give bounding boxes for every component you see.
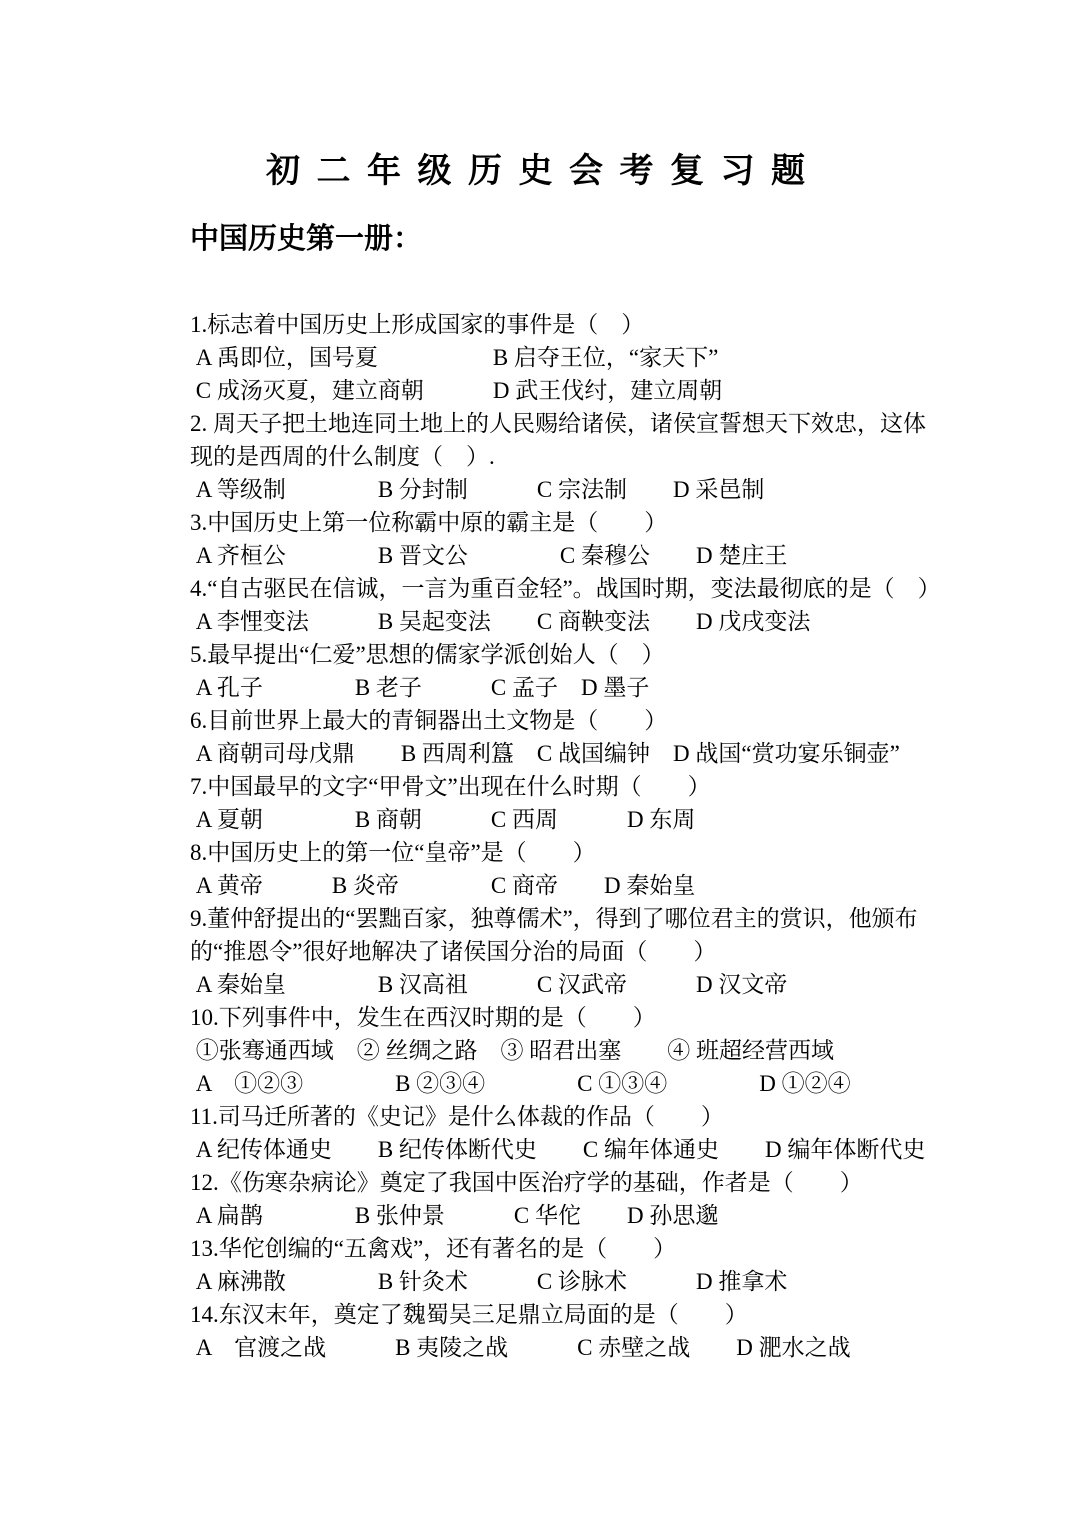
question-stem-line: 1.标志着中国历史上形成国家的事件是（ ） — [190, 308, 935, 341]
question-stem-line: 4.“自古驱民在信诚，一言为重百金轻”。战国时期，变法最彻底的是（ ） — [190, 572, 935, 605]
question-stem-line: 3.中国历史上第一位称霸中原的霸主是（ ） — [190, 506, 935, 539]
question-stem-line: 8.中国历史上的第一位“皇帝”是（ ） — [190, 836, 935, 869]
question-options-line: A 等级制 B 分封制 C 宗法制 D 采邑制 — [190, 473, 935, 506]
question-stem-line: 6.目前世界上最大的青铜器出土文物是（ ） — [190, 704, 935, 737]
question-items-line: ①张骞通西域 ② 丝绸之路 ③ 昭君出塞 ④ 班超经营西域 — [190, 1034, 935, 1067]
question-block: 4.“自古驱民在信诚，一言为重百金轻”。战国时期，变法最彻底的是（ ） A 李悝… — [190, 572, 935, 638]
question-block: 14.东汉末年，奠定了魏蜀吴三足鼎立局面的是（ ） A 官渡之战 B 夷陵之战 … — [190, 1298, 935, 1364]
question-block: 1.标志着中国历史上形成国家的事件是（ ） A 禹即位，国号夏 B 启夺王位，“… — [190, 308, 935, 407]
question-block: 11.司马迁所著的《史记》是什么体裁的作品（ ） A 纪传体通史 B 纪传体断代… — [190, 1100, 935, 1166]
question-stem-line: 12.《伤寒杂病论》奠定了我国中医治疗学的基础，作者是（ ） — [190, 1166, 935, 1199]
question-stem-line: 13.华佗创编的“五禽戏”，还有著名的是（ ） — [190, 1232, 935, 1265]
question-options-line: A ①②③ B ②③④ C ①③④ D ①②④ — [190, 1067, 935, 1100]
question-stem-line: 的“推恩令”很好地解决了诸侯国分治的局面（ ） — [190, 935, 935, 968]
question-block: 2. 周天子把土地连同土地上的人民赐给诸侯，诸侯宣誓想天下效忠，这体现的是西周的… — [190, 407, 935, 506]
question-stem-line: 10.下列事件中，发生在西汉时期的是（ ） — [190, 1001, 935, 1034]
question-block: 10.下列事件中，发生在西汉时期的是（ ） ①张骞通西域 ② 丝绸之路 ③ 昭君… — [190, 1001, 935, 1100]
question-stem-line: 7.中国最早的文字“甲骨文”出现在什么时期（ ） — [190, 770, 935, 803]
question-stem-line: 2. 周天子把土地连同土地上的人民赐给诸侯，诸侯宣誓想天下效忠，这体 — [190, 407, 935, 440]
question-options-line: A 秦始皇 B 汉高祖 C 汉武帝 D 汉文帝 — [190, 968, 935, 1001]
document-page: 初 二 年 级 历 史 会 考 复 习 题 中国历史第一册： 1.标志着中国历史… — [0, 0, 1075, 1518]
question-stem-line: 14.东汉末年，奠定了魏蜀吴三足鼎立局面的是（ ） — [190, 1298, 935, 1331]
section-heading: 中国历史第一册： — [190, 220, 1075, 258]
question-block: 5.最早提出“仁爱”思想的儒家学派创始人（ ） A 孔子 B 老子 C 孟子 D… — [190, 638, 935, 704]
question-options-line: A 黄帝 B 炎帝 C 商帝 D 秦始皇 — [190, 869, 935, 902]
question-block: 3.中国历史上第一位称霸中原的霸主是（ ） A 齐桓公 B 晋文公 C 秦穆公 … — [190, 506, 935, 572]
question-stem-line: 5.最早提出“仁爱”思想的儒家学派创始人（ ） — [190, 638, 935, 671]
question-block: 13.华佗创编的“五禽戏”，还有著名的是（ ） A 麻沸散 B 针灸术 C 诊脉… — [190, 1232, 935, 1298]
question-options-line: A 麻沸散 B 针灸术 C 诊脉术 D 推拿术 — [190, 1265, 935, 1298]
question-options-line: A 孔子 B 老子 C 孟子 D 墨子 — [190, 671, 935, 704]
question-stem-line: 9.董仲舒提出的“罢黜百家，独尊儒术”，得到了哪位君主的赏识，他颁布 — [190, 902, 935, 935]
question-block: 8.中国历史上的第一位“皇帝”是（ ） A 黄帝 B 炎帝 C 商帝 D 秦始皇 — [190, 836, 935, 902]
question-options-line: A 官渡之战 B 夷陵之战 C 赤壁之战 D 淝水之战 — [190, 1331, 935, 1364]
question-options-line: A 商朝司母戊鼎 B 西周利簋 C 战国编钟 D 战国“赏功宴乐铜壶” — [190, 737, 935, 770]
question-list: 1.标志着中国历史上形成国家的事件是（ ） A 禹即位，国号夏 B 启夺王位，“… — [190, 308, 935, 1364]
question-stem-line: 11.司马迁所著的《史记》是什么体裁的作品（ ） — [190, 1100, 935, 1133]
question-options-line: A 齐桓公 B 晋文公 C 秦穆公 D 楚庄王 — [190, 539, 935, 572]
question-stem-line: 现的是西周的什么制度（ ）. — [190, 440, 935, 473]
question-options-line: A 禹即位，国号夏 B 启夺王位，“家天下” — [190, 341, 935, 374]
question-options-line: C 成汤灭夏，建立商朝 D 武王伐纣，建立周朝 — [190, 374, 935, 407]
question-block: 12.《伤寒杂病论》奠定了我国中医治疗学的基础，作者是（ ） A 扁鹊 B 张仲… — [190, 1166, 935, 1232]
question-options-line: A 扁鹊 B 张仲景 C 华佗 D 孙思邈 — [190, 1199, 935, 1232]
document-title: 初 二 年 级 历 史 会 考 复 习 题 — [0, 0, 1075, 194]
question-options-line: A 李悝变法 B 吴起变法 C 商鞅变法 D 戊戌变法 — [190, 605, 935, 638]
question-block: 9.董仲舒提出的“罢黜百家，独尊儒术”，得到了哪位君主的赏识，他颁布的“推恩令”… — [190, 902, 935, 1001]
question-options-line: A 纪传体通史 B 纪传体断代史 C 编年体通史 D 编年体断代史 — [190, 1133, 935, 1166]
question-block: 7.中国最早的文字“甲骨文”出现在什么时期（ ） A 夏朝 B 商朝 C 西周 … — [190, 770, 935, 836]
question-options-line: A 夏朝 B 商朝 C 西周 D 东周 — [190, 803, 935, 836]
question-block: 6.目前世界上最大的青铜器出土文物是（ ） A 商朝司母戊鼎 B 西周利簋 C … — [190, 704, 935, 770]
